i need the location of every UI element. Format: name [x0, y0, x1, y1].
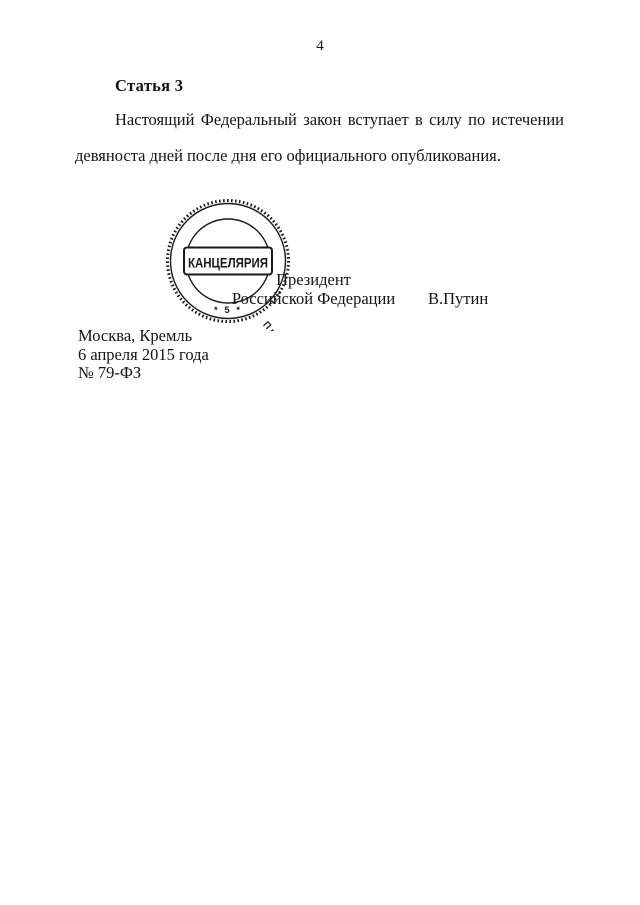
- stamp-center-text: КАНЦЕЛЯРИЯ: [188, 255, 268, 271]
- footer-date: 6 апреля 2015 года: [78, 346, 209, 365]
- footer-doc-number: № 79-ФЗ: [78, 364, 209, 383]
- body-paragraph-line-1: Настоящий Федеральный закон вступает в с…: [75, 110, 564, 130]
- document-page: 4 Статья 3 Настоящий Федеральный закон в…: [0, 0, 640, 905]
- chancellery-stamp-icon: Президент Российской Федерации * 5 * КАН…: [158, 191, 298, 331]
- footer-block: Москва, Кремль 6 апреля 2015 года № 79-Ф…: [78, 327, 209, 383]
- page-number: 4: [0, 38, 640, 55]
- stamp-bottom-number: * 5 *: [214, 305, 242, 316]
- body-paragraph-line-2: девяноста дней после дня его официальног…: [75, 146, 564, 166]
- stamp-seal-svg: Президент Российской Федерации * 5 * КАН…: [158, 191, 298, 331]
- stamp-ring-text: Президент Российской Федерации: [170, 319, 286, 331]
- signature-name: В.Путин: [428, 289, 488, 309]
- stamp-ring-textpath: Президент Российской Федерации: [170, 319, 286, 331]
- article-heading: Статья 3: [115, 76, 183, 96]
